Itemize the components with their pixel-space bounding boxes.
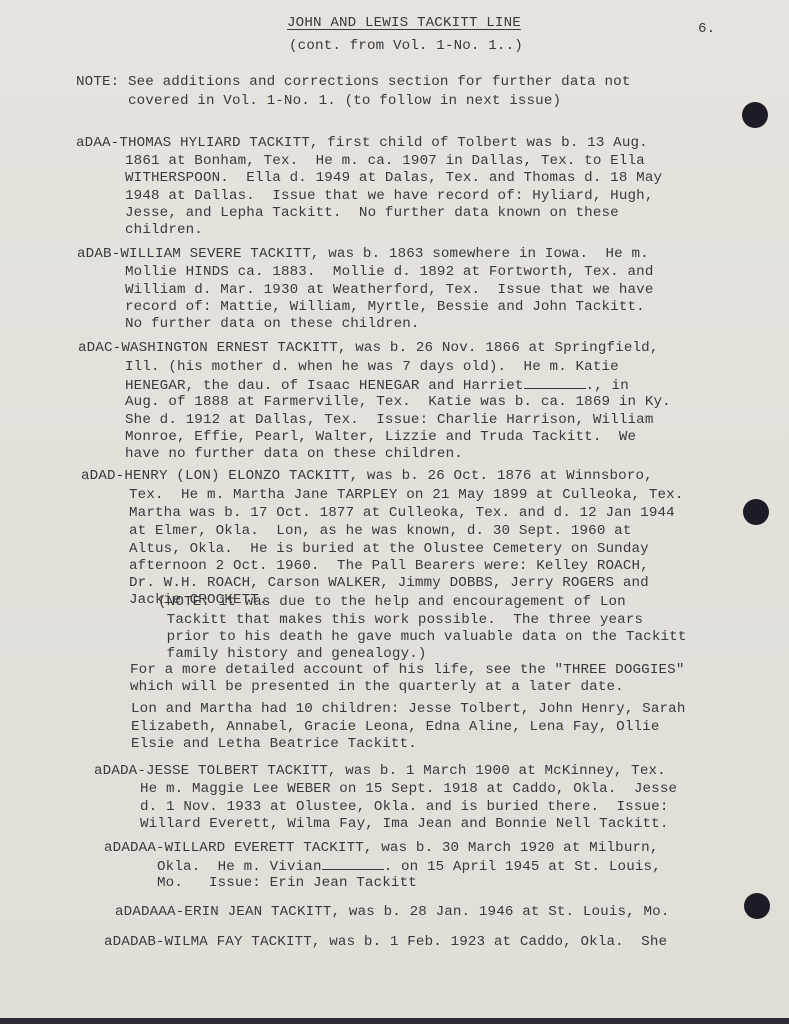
entry-line: aDAA-THOMAS HYLIARD TACKITT, first child…	[76, 134, 648, 152]
entry-line: d. 1 Nov. 1933 at Olustee, Okla. and is …	[140, 798, 669, 816]
entry-line: aDADAAA-ERIN JEAN TACKITT, was b. 28 Jan…	[115, 903, 670, 921]
entry-line: record of: Mattie, William, Myrtle, Bess…	[125, 298, 645, 316]
account-line: For a more detailed account of his life,…	[130, 661, 685, 679]
entry-line: Tex. He m. Martha Jane TARPLEY on 21 May…	[129, 486, 684, 504]
children-line: Elsie and Letha Beatrice Tackitt.	[131, 735, 417, 753]
scan-bottom-edge	[0, 1018, 789, 1024]
entry-line: aDADA-JESSE TOLBERT TACKITT, was b. 1 Ma…	[94, 762, 666, 780]
entry-line: Monroe, Effie, Pearl, Walter, Lizzie and…	[125, 428, 636, 446]
entry-line: Ill. (his mother d. when he was 7 days o…	[125, 358, 619, 376]
children-line: Lon and Martha had 10 children: Jesse To…	[131, 700, 686, 718]
entry-line: children.	[125, 221, 203, 239]
entry-line: Jesse, and Lepha Tackitt. No further dat…	[125, 204, 619, 222]
entry-text: Okla. He m. Vivian	[157, 859, 322, 875]
entry-line: William d. Mar. 1930 at Weatherford, Tex…	[125, 281, 654, 299]
entry-text: . on 15 April 1945 at St. Louis,	[384, 859, 661, 875]
note-line: (NOTE: it was due to the help and encour…	[158, 593, 626, 611]
punch-hole-top	[742, 102, 768, 128]
entry-line: Dr. W.H. ROACH, Carson WALKER, Jimmy DOB…	[129, 574, 649, 592]
entry-text: ., in	[586, 378, 629, 394]
note-line: Tackitt that makes this work possible. T…	[158, 611, 643, 629]
entry-line: Mo. Issue: Erin Jean Tackitt	[157, 874, 417, 892]
entry-line: aDADAA-WILLARD EVERETT TACKITT, was b. 3…	[104, 839, 659, 857]
punch-hole-middle	[743, 499, 769, 525]
intro-note-line: NOTE: See additions and corrections sect…	[76, 73, 631, 91]
entry-line: 1948 at Dallas. Issue that we have recor…	[125, 187, 654, 205]
unknown-surname-blank	[322, 857, 384, 870]
entry-line: Altus, Okla. He is buried at the Olustee…	[129, 540, 649, 558]
intro-note-line: covered in Vol. 1-No. 1. (to follow in n…	[76, 92, 561, 110]
entry-line: at Elmer, Okla. Lon, as he was known, d.…	[129, 522, 632, 540]
note-line: prior to his death he gave much valuable…	[158, 628, 687, 646]
entry-line: Aug. of 1888 at Farmerville, Tex. Katie …	[125, 393, 671, 411]
entry-line: aDAB-WILLIAM SEVERE TACKITT, was b. 1863…	[77, 245, 649, 263]
entry-line: Mollie HINDS ca. 1883. Mollie d. 1892 at…	[125, 263, 654, 281]
page-title: JOHN AND LEWIS TACKITT LINE	[287, 14, 521, 32]
typewritten-page: JOHN AND LEWIS TACKITT LINE (cont. from …	[0, 0, 789, 1018]
entry-line: afternoon 2 Oct. 1960. The Pall Bearers …	[129, 557, 649, 575]
entry-line: Willard Everett, Wilma Fay, Ima Jean and…	[140, 815, 669, 833]
children-line: Elizabeth, Annabel, Gracie Leona, Edna A…	[131, 718, 660, 736]
page-subtitle: (cont. from Vol. 1-No. 1..)	[289, 37, 523, 55]
entry-line: aDAD-HENRY (LON) ELONZO TACKITT, was b. …	[81, 467, 653, 485]
entry-line: Martha was b. 17 Oct. 1877 at Culleoka, …	[129, 504, 675, 522]
entry-line: WITHERSPOON. Ella d. 1949 at Dalas, Tex.…	[125, 169, 662, 187]
entry-line: aDADAB-WILMA FAY TACKITT, was b. 1 Feb. …	[104, 933, 667, 951]
punch-hole-bottom	[744, 893, 770, 919]
page-number: 6.	[698, 20, 715, 38]
entry-line: He m. Maggie Lee WEBER on 15 Sept. 1918 …	[140, 780, 677, 798]
entry-line: aDAC-WASHINGTON ERNEST TACKITT, was b. 2…	[78, 339, 658, 357]
entry-line: No further data on these children.	[125, 315, 420, 333]
entry-text: HENEGAR, the dau. of Isaac HENEGAR and H…	[125, 378, 524, 394]
unknown-surname-blank	[524, 376, 586, 389]
entry-line: She d. 1912 at Dallas, Tex. Issue: Charl…	[125, 411, 654, 429]
entry-line: 1861 at Bonham, Tex. He m. ca. 1907 in D…	[125, 152, 645, 170]
account-line: which will be presented in the quarterly…	[130, 678, 624, 696]
entry-line: have no further data on these children.	[125, 445, 463, 463]
